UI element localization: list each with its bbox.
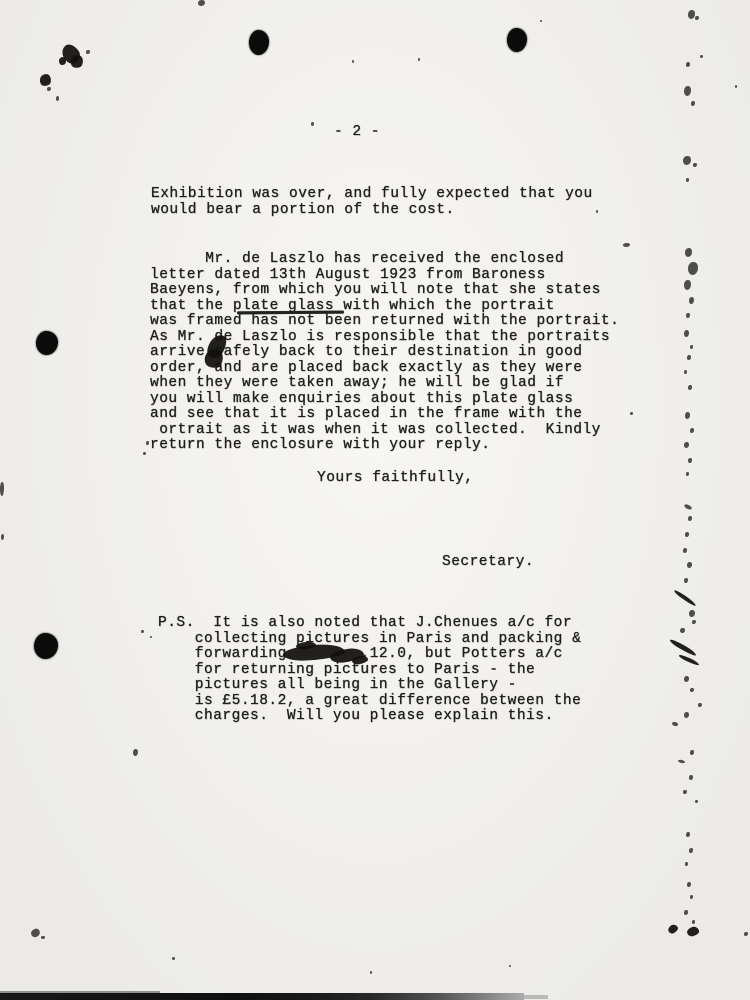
ink-blot: [669, 638, 697, 657]
paper-speck: [370, 971, 372, 974]
paper-speck: [684, 578, 688, 583]
paragraph-de-laszlo-plate-glass: Mr. de Laszlo has received the enclosed …: [150, 252, 619, 454]
paper-speck: [688, 10, 695, 19]
paper-speck: [684, 712, 689, 718]
paper-speck: [688, 262, 698, 275]
paper-speck: [684, 86, 691, 96]
paper-speck: [146, 441, 149, 445]
scanned-letter-page: - 2 - Exhibition was over, and fully exp…: [0, 0, 750, 1000]
paper-speck: [690, 688, 694, 692]
paper-speck: [688, 458, 692, 463]
paper-speck: [680, 628, 685, 633]
paper-speck: [686, 313, 690, 318]
ink-blot: [59, 57, 66, 65]
ink-blot: [678, 654, 700, 667]
punch-hole: [507, 28, 527, 52]
paper-speck: [690, 428, 694, 433]
paper-speck: [683, 790, 687, 794]
paper-speck: [311, 122, 314, 126]
paper-speck: [684, 503, 693, 510]
paper-speck: [687, 882, 691, 887]
paper-speck: [687, 562, 692, 568]
paper-speck: [678, 759, 686, 764]
paper-speck: [689, 610, 695, 617]
paper-speck: [689, 848, 693, 853]
punch-hole: [36, 331, 58, 355]
paper-speck: [695, 16, 699, 20]
paper-speck: [133, 749, 138, 756]
paper-speck: [693, 163, 697, 167]
ink-blot: [59, 41, 84, 67]
paper-speck: [695, 800, 698, 803]
paper-speck: [744, 932, 748, 936]
scanner-edge-bar: [524, 995, 548, 999]
paper-speck: [47, 87, 51, 91]
paper-speck: [684, 910, 688, 915]
ink-blot: [39, 73, 52, 87]
page-number: - 2 -: [334, 125, 380, 141]
paper-speck: [685, 862, 688, 866]
paper-speck: [691, 101, 695, 106]
paper-speck: [690, 750, 694, 755]
paper-speck: [684, 442, 689, 448]
paper-speck: [684, 330, 689, 337]
paper-speck: [698, 703, 702, 707]
paper-speck: [198, 0, 205, 6]
paper-speck: [688, 385, 692, 390]
postscript-charges-query: P.S. It is also noted that J.Chenues a/c…: [158, 616, 581, 725]
paper-speck: [143, 452, 146, 455]
paper-speck: [56, 96, 59, 101]
scanner-edge-bar: [0, 993, 524, 1000]
paper-speck: [684, 280, 691, 290]
paper-speck: [596, 210, 598, 213]
paper-speck: [684, 370, 687, 374]
paper-speck: [686, 62, 690, 67]
paper-speck: [689, 297, 694, 304]
ink-blot: [673, 589, 697, 607]
paper-speck: [690, 345, 693, 349]
paper-speck: [685, 532, 689, 537]
paper-speck: [687, 355, 691, 360]
paragraph-exhibition-cost: Exhibition was over, and fully expected …: [151, 187, 593, 218]
punch-hole: [249, 30, 269, 55]
paper-speck: [684, 676, 689, 682]
paper-speck: [41, 936, 45, 939]
closing-yours-faithfully: Yours faithfully,: [317, 471, 473, 487]
paper-speck: [1, 534, 4, 540]
paper-speck: [172, 957, 175, 960]
paper-speck: [683, 548, 687, 553]
paper-speck: [692, 620, 696, 624]
paper-speck: [352, 60, 354, 63]
punch-hole: [34, 633, 58, 659]
paper-speck: [700, 55, 703, 58]
paper-speck: [686, 472, 689, 476]
paper-speck: [30, 928, 41, 939]
ink-blot: [686, 926, 700, 938]
signature-secretary: Secretary.: [442, 555, 534, 571]
paper-speck: [150, 636, 152, 638]
paper-speck: [630, 412, 633, 415]
paper-speck: [692, 920, 695, 924]
paper-speck: [686, 832, 690, 837]
paper-speck: [0, 482, 4, 496]
paper-speck: [735, 85, 737, 88]
paper-speck: [686, 178, 689, 182]
paper-speck: [685, 412, 690, 419]
paper-speck: [689, 775, 693, 780]
paper-speck: [509, 965, 511, 967]
paper-speck: [685, 248, 692, 257]
paper-speck: [540, 20, 542, 22]
paper-speck: [688, 516, 692, 521]
paper-speck: [623, 243, 630, 247]
paper-speck: [690, 895, 693, 899]
paper-speck: [418, 58, 420, 61]
ink-blot: [69, 53, 85, 69]
ink-blot: [667, 923, 680, 935]
paper-speck: [683, 156, 691, 165]
paper-speck: [86, 50, 90, 54]
paper-speck: [141, 630, 144, 633]
paper-speck: [671, 721, 678, 727]
